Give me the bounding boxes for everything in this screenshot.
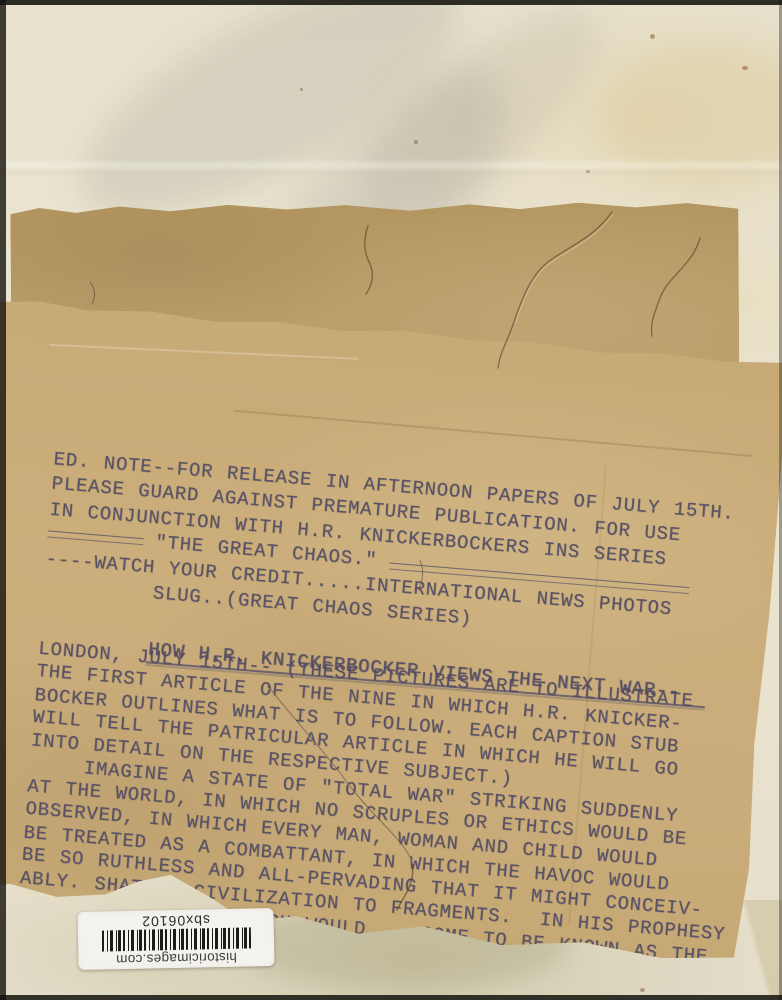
typed-line: PLEASE GUARD AGAINST PREMATURE PUBLICATI… [51, 472, 727, 552]
tape-crease-band [0, 158, 782, 176]
kraft-sheet-back [10, 200, 741, 764]
typed-rule-line [389, 562, 690, 594]
smudge-stain [149, 28, 550, 483]
typed-line: BE TREATED AS A COMBATTANT, IN WHICH THE… [23, 822, 699, 899]
typed-line: BE SO RUTHLESS AND ALL-PERVADING THAT IT… [21, 843, 697, 921]
yellow-stain [600, 40, 782, 190]
typed-line: THE FIRST ARTICLE OF THE NINE IN WHICH H… [36, 660, 712, 738]
sticker-site-text: historicimages.com [116, 950, 237, 967]
crease-line [568, 465, 607, 924]
paper-cracks [0, 0, 782, 1000]
typed-line: IMAGINE A STATE OF "TOTAL WAR" STRIKING … [28, 753, 704, 830]
typed-line: SLUG..(GREAT CHAOS SERIES) [43, 572, 719, 651]
typed-line: IN CONJUNCTION WITH H.R. KNICKERBOCKERS … [49, 498, 725, 577]
smudge-stain [20, 280, 280, 500]
dirt-speck [742, 66, 748, 70]
scan-edge-left [0, 0, 6, 1000]
photo-corner-edge [730, 900, 782, 1000]
press-photo-verso-scan: ED. NOTE--FOR RELEASE IN AFTERNOON PAPER… [0, 0, 782, 1000]
dirt-speck [586, 170, 590, 173]
barcode-sticker: historicimages.com sbx06102 [77, 908, 274, 970]
dirt-speck [650, 34, 655, 39]
crease-line [49, 344, 359, 360]
smudge-stain [49, 0, 490, 260]
series-title-text: "THE GREAT CHAOS." [154, 530, 378, 573]
scan-edge-bottom [0, 995, 782, 1000]
dirt-speck [160, 228, 164, 232]
caption-headline: HOW H.R. KNICKERBOCKER VIEWS THE NEXT WA… [40, 601, 716, 682]
barcode-sticker-inner: historicimages.com sbx06102 [77, 908, 274, 970]
dirt-speck [640, 988, 645, 992]
sticker-code-text: sbx06102 [141, 912, 210, 928]
barcode [101, 927, 251, 951]
typed-line: OBSERVED, IN WHICH EVERY MAN, WOMAN AND … [25, 798, 701, 876]
typed-caption: ED. NOTE--FOR RELEASE IN AFTERNOON PAPER… [0, 296, 740, 990]
dirt-speck [300, 88, 303, 91]
caption-headline-text: HOW H.R. KNICKERBOCKER VIEWS THE NEXT WA… [147, 636, 681, 706]
typed-line: INTO DETAIL ON THE RESPECTIVE SUBJECT.) [30, 729, 706, 806]
crease-line [234, 410, 752, 457]
scan-edge-top [0, 0, 782, 5]
typed-line: ----WATCH YOUR CREDIT.....INTERNATIONAL … [45, 547, 721, 626]
typed-line: ED. NOTE--FOR RELEASE IN AFTERNOON PAPER… [53, 447, 729, 526]
typed-line-series-title: "THE GREAT CHAOS." [47, 521, 723, 601]
dirt-speck [414, 140, 418, 144]
typed-line: LONDON, JULY 15TH-- (THESE PICTURES ARE … [37, 638, 713, 715]
typed-rule-line [47, 530, 143, 545]
caption-sheet: ED. NOTE--FOR RELEASE IN AFTERNOON PAPER… [0, 296, 782, 980]
typed-line: BOCKER OUTLINES WHAT IS TO FOLLOW. EACH … [34, 684, 710, 761]
smudge-stain [330, 0, 631, 254]
typed-line: WILL TELL THE PATRICULAR ARTICLE IN WHIC… [32, 706, 708, 784]
typed-line: AT THE WORLD, IN WHICH NO SCRUPLES OR ET… [26, 775, 702, 852]
water-stain [240, 900, 570, 990]
